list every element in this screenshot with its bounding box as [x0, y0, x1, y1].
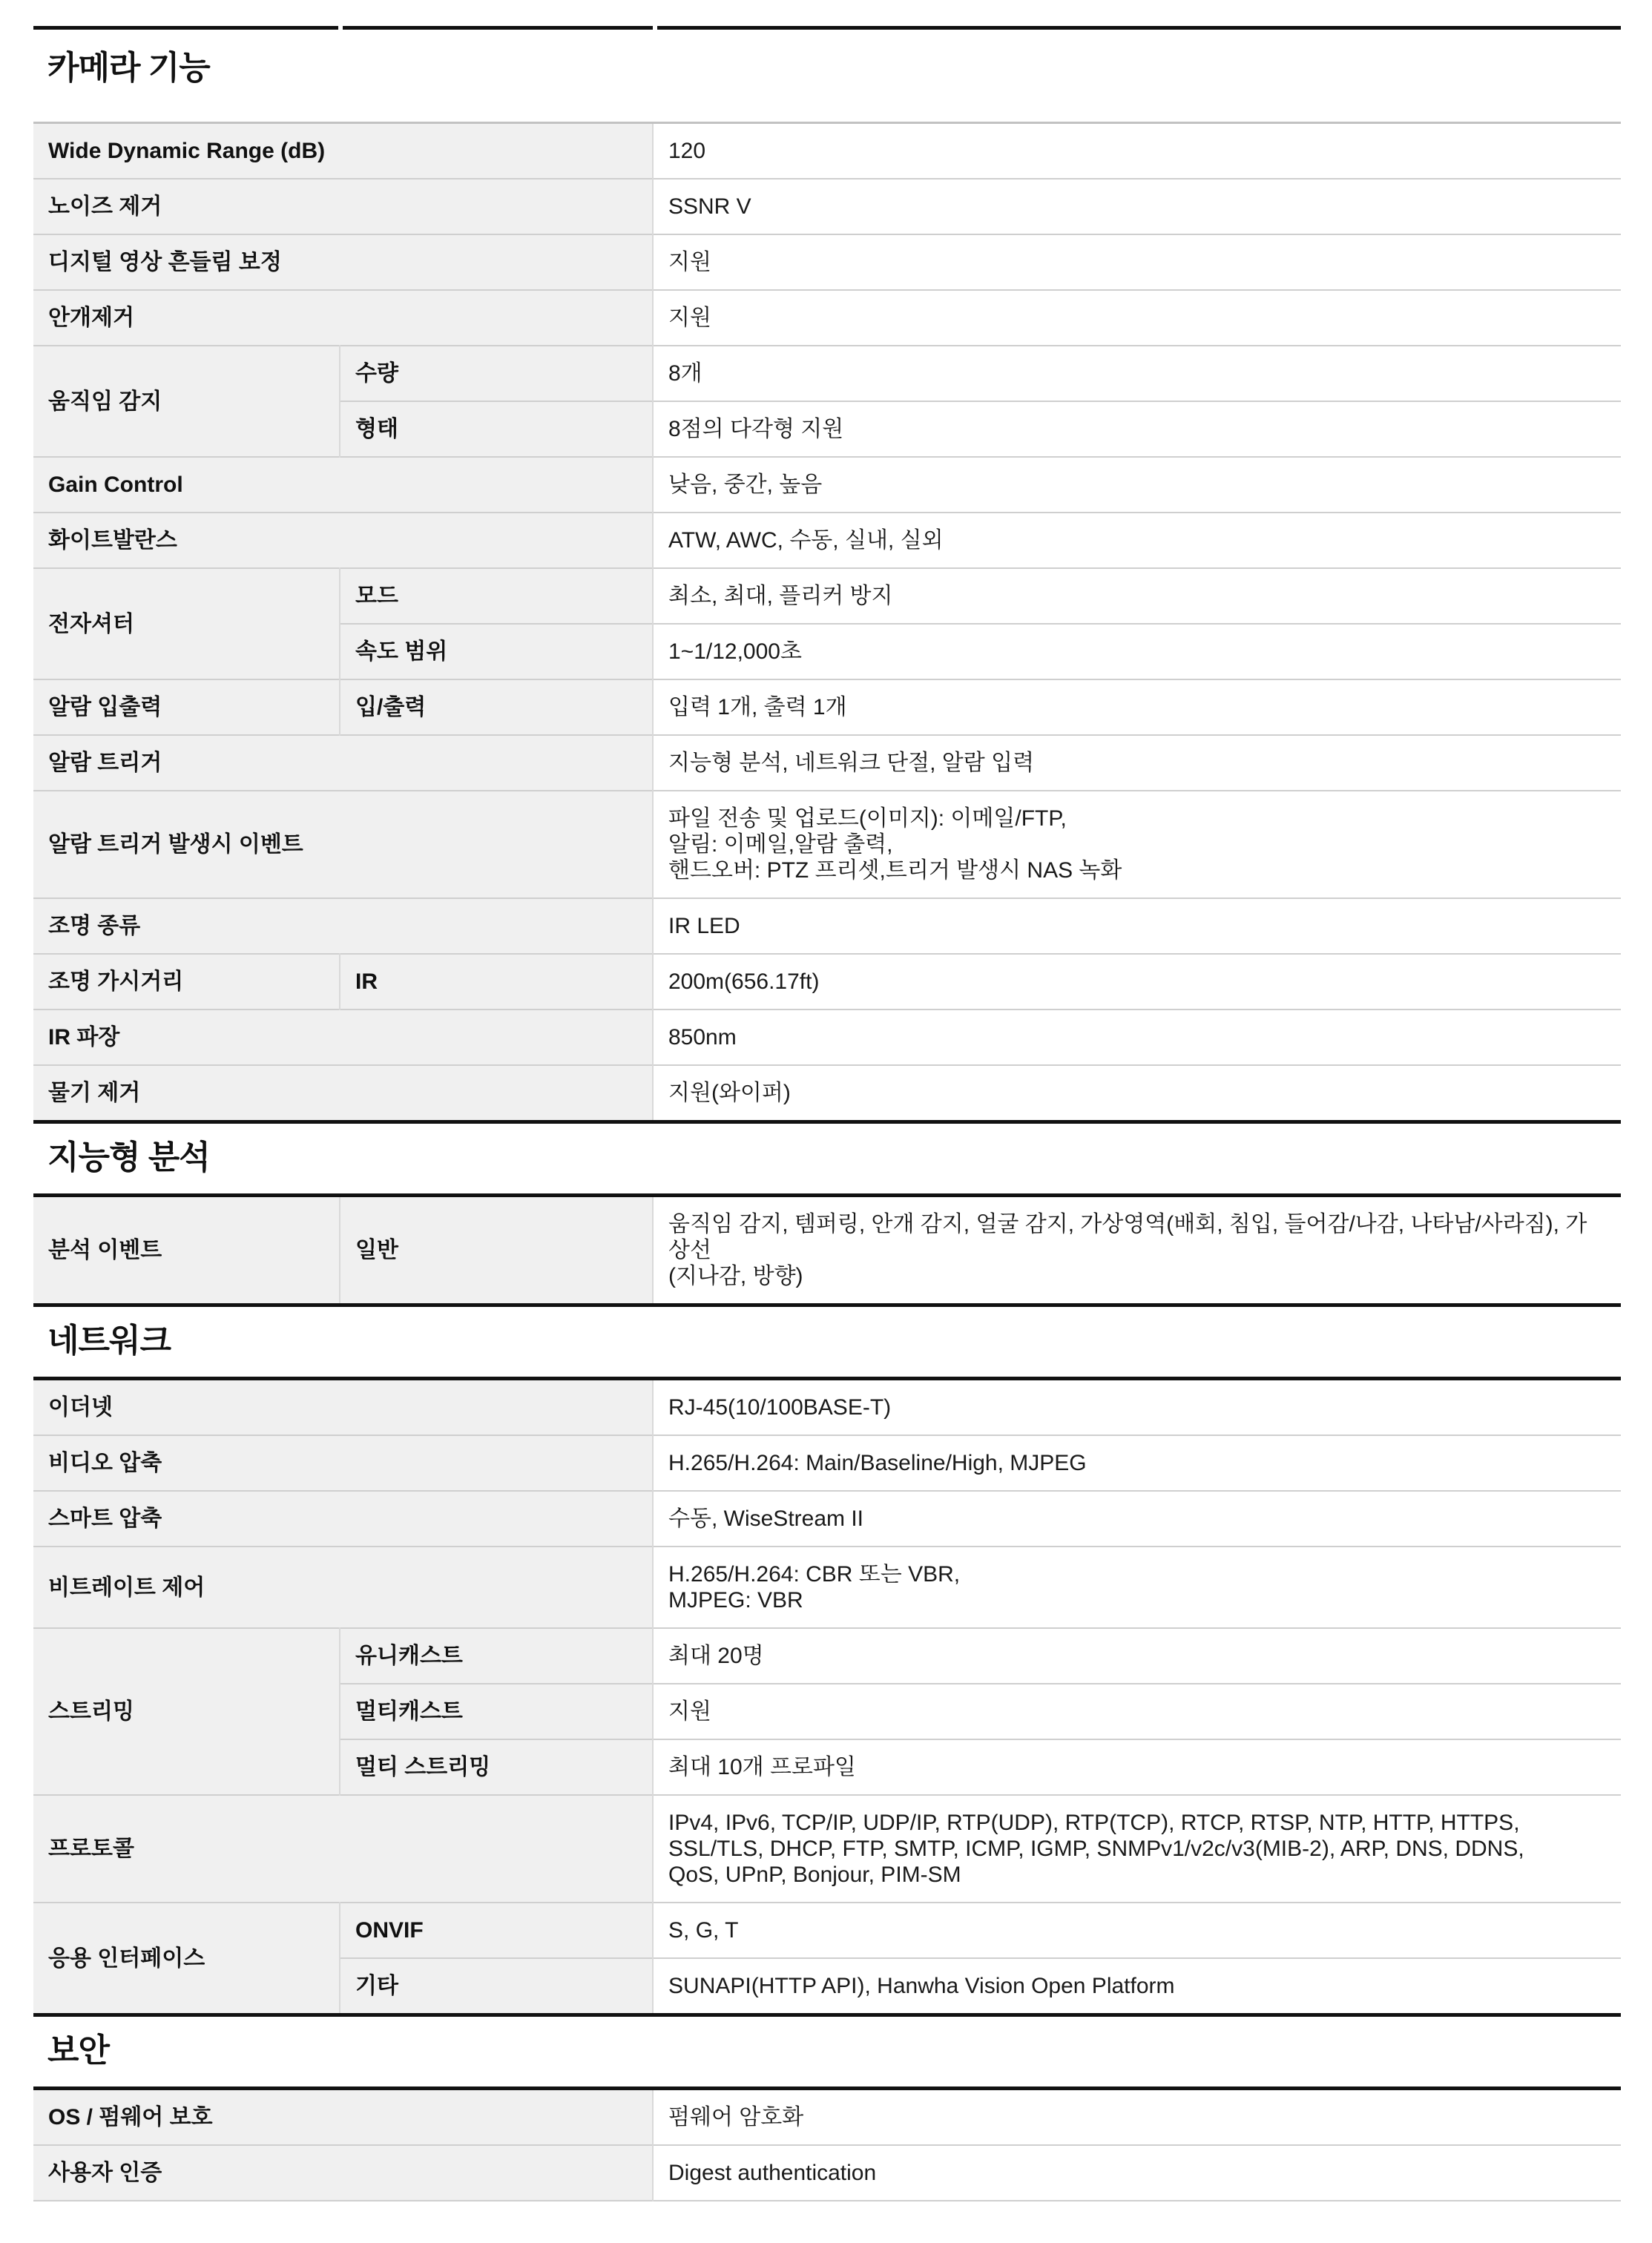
table-row: 조명 가시거리IR200m(656.17ft) — [33, 954, 1621, 1009]
spec-value: 지원 — [653, 1684, 1621, 1739]
spec-value: 1~1/12,000초 — [653, 624, 1621, 679]
section-title: 카메라 기능 — [47, 49, 1621, 88]
spec-sub-label: ONVIF — [340, 1903, 653, 1958]
spec-label: 화이트발란스 — [33, 513, 653, 568]
table-row: 이더넷RJ-45(10/100BASE-T) — [33, 1379, 1621, 1436]
spec-value: IPv4, IPv6, TCP/IP, UDP/IP, RTP(UDP), RT… — [653, 1795, 1621, 1903]
table-row: IR 파장850nm — [33, 1009, 1621, 1065]
spec-label: 알람 입출력 — [33, 679, 340, 735]
spec-value: 최대 20명 — [653, 1628, 1621, 1684]
table-row: 화이트발란스ATW, AWC, 수동, 실내, 실외 — [33, 513, 1621, 568]
spec-sub-label: IR — [340, 954, 653, 1009]
spec-value: 850nm — [653, 1009, 1621, 1065]
spec-page: 카메라 기능Wide Dynamic Range (dB)120노이즈 제거SS… — [0, 0, 1652, 2243]
table-row: 알람 입출력입/출력입력 1개, 출력 1개 — [33, 679, 1621, 735]
spec-label: 물기 제거 — [33, 1065, 653, 1122]
spec-value: 움직임 감지, 템퍼링, 안개 감지, 얼굴 감지, 가상영역(배회, 침입, … — [653, 1196, 1621, 1305]
spec-sub-label: 모드 — [340, 568, 653, 624]
table-row: 분석 이벤트일반움직임 감지, 템퍼링, 안개 감지, 얼굴 감지, 가상영역(… — [33, 1196, 1621, 1305]
spec-label: 이더넷 — [33, 1379, 653, 1436]
spec-table: OS / 펌웨어 보호펌웨어 암호화사용자 인증Digest authentic… — [33, 2086, 1621, 2201]
table-row: 비디오 압축H.265/H.264: Main/Baseline/High, M… — [33, 1435, 1621, 1491]
spec-label: 전자셔터 — [33, 568, 340, 679]
table-row: 디지털 영상 흔들림 보정지원 — [33, 234, 1621, 290]
spec-value: 8점의 다각형 지원 — [653, 401, 1621, 457]
spec-table: 이더넷RJ-45(10/100BASE-T)비디오 압축H.265/H.264:… — [33, 1377, 1621, 2017]
spec-sub-label: 수량 — [340, 346, 653, 401]
spec-label: 안개제거 — [33, 290, 653, 346]
spec-label: 비트레이트 제어 — [33, 1547, 653, 1628]
spec-value: 낮음, 중간, 높음 — [653, 457, 1621, 513]
table-row: 노이즈 제거SSNR V — [33, 179, 1621, 234]
spec-value: 200m(656.17ft) — [653, 954, 1621, 1009]
spec-label: 스트리밍 — [33, 1628, 340, 1795]
rule-segment — [33, 26, 338, 30]
spec-label: Gain Control — [33, 457, 653, 513]
spec-sub-label: 속도 범위 — [340, 624, 653, 679]
spec-label: 디지털 영상 흔들림 보정 — [33, 234, 653, 290]
spec-table: 분석 이벤트일반움직임 감지, 템퍼링, 안개 감지, 얼굴 감지, 가상영역(… — [33, 1193, 1621, 1307]
table-row: 프로토콜IPv4, IPv6, TCP/IP, UDP/IP, RTP(UDP)… — [33, 1795, 1621, 1903]
spec-value: SSNR V — [653, 179, 1621, 234]
table-row: 조명 종류IR LED — [33, 898, 1621, 954]
spec-value: 수동, WiseStream II — [653, 1491, 1621, 1547]
spec-sub-label: 멀티 스트리밍 — [340, 1739, 653, 1795]
spec-label: 알람 트리거 — [33, 735, 653, 791]
spec-value: S, G, T — [653, 1903, 1621, 1958]
spec-label: 노이즈 제거 — [33, 179, 653, 234]
spec-value: SUNAPI(HTTP API), Hanwha Vision Open Pla… — [653, 1958, 1621, 2015]
spec-section: 지능형 분석분석 이벤트일반움직임 감지, 템퍼링, 안개 감지, 얼굴 감지,… — [33, 1139, 1621, 1307]
spec-value: 지원 — [653, 290, 1621, 346]
section-title: 지능형 분석 — [47, 1139, 1621, 1177]
spec-section: 네트워크이더넷RJ-45(10/100BASE-T)비디오 압축H.265/H.… — [33, 1322, 1621, 2017]
spec-value: 8개 — [653, 346, 1621, 401]
spec-section: 보안OS / 펌웨어 보호펌웨어 암호화사용자 인증Digest authent… — [33, 2032, 1621, 2201]
spec-label: OS / 펌웨어 보호 — [33, 2089, 653, 2146]
spec-label: 조명 종류 — [33, 898, 653, 954]
spec-label: 알람 트리거 발생시 이벤트 — [33, 791, 653, 898]
spec-label: 조명 가시거리 — [33, 954, 340, 1009]
rule-segment — [657, 26, 1621, 30]
table-row: 전자셔터모드최소, 최대, 플리커 방지 — [33, 568, 1621, 624]
spec-sub-label: 형태 — [340, 401, 653, 457]
spec-value: 입력 1개, 출력 1개 — [653, 679, 1621, 735]
spec-sub-label: 입/출력 — [340, 679, 653, 735]
section-title: 네트워크 — [47, 1322, 1621, 1360]
spec-value: H.265/H.264: CBR 또는 VBR, MJPEG: VBR — [653, 1547, 1621, 1628]
spec-label: 프로토콜 — [33, 1795, 653, 1903]
table-row: 응용 인터페이스ONVIFS, G, T — [33, 1903, 1621, 1958]
table-row: Wide Dynamic Range (dB)120 — [33, 123, 1621, 179]
spec-value: 지원(와이퍼) — [653, 1065, 1621, 1122]
spec-value: H.265/H.264: Main/Baseline/High, MJPEG — [653, 1435, 1621, 1491]
spec-sub-label: 멀티캐스트 — [340, 1684, 653, 1739]
spec-document: 카메라 기능Wide Dynamic Range (dB)120노이즈 제거SS… — [33, 49, 1621, 2201]
table-row: 알람 트리거지능형 분석, 네트워크 단절, 알람 입력 — [33, 735, 1621, 791]
page-top-rule — [33, 26, 1621, 30]
spec-value: Digest authentication — [653, 2145, 1621, 2201]
spec-value: RJ-45(10/100BASE-T) — [653, 1379, 1621, 1436]
spec-value: 파일 전송 및 업로드(이미지): 이메일/FTP, 알림: 이메일,알람 출력… — [653, 791, 1621, 898]
spec-value: 지원 — [653, 234, 1621, 290]
section-title: 보안 — [47, 2032, 1621, 2070]
spec-sub-label: 일반 — [340, 1196, 653, 1305]
spec-value: 지능형 분석, 네트워크 단절, 알람 입력 — [653, 735, 1621, 791]
spec-label: 분석 이벤트 — [33, 1196, 340, 1305]
table-row: 움직임 감지수량8개 — [33, 346, 1621, 401]
spec-sub-label: 기타 — [340, 1958, 653, 2015]
table-row: 비트레이트 제어H.265/H.264: CBR 또는 VBR, MJPEG: … — [33, 1547, 1621, 1628]
spec-label: 비디오 압축 — [33, 1435, 653, 1491]
spec-label: IR 파장 — [33, 1009, 653, 1065]
table-row: 스마트 압축수동, WiseStream II — [33, 1491, 1621, 1547]
spec-value: 최대 10개 프로파일 — [653, 1739, 1621, 1795]
spec-sub-label: 유니캐스트 — [340, 1628, 653, 1684]
spec-table: Wide Dynamic Range (dB)120노이즈 제거SSNR V디지… — [33, 122, 1621, 1124]
table-row: Gain Control낮음, 중간, 높음 — [33, 457, 1621, 513]
spec-value: 120 — [653, 123, 1621, 179]
rule-segment — [343, 26, 653, 30]
spec-label: 움직임 감지 — [33, 346, 340, 457]
table-row: 사용자 인증Digest authentication — [33, 2145, 1621, 2201]
table-row: 스트리밍유니캐스트최대 20명 — [33, 1628, 1621, 1684]
spec-label: 사용자 인증 — [33, 2145, 653, 2201]
spec-section: 카메라 기능Wide Dynamic Range (dB)120노이즈 제거SS… — [33, 49, 1621, 1124]
table-row: OS / 펌웨어 보호펌웨어 암호화 — [33, 2089, 1621, 2146]
table-row: 알람 트리거 발생시 이벤트파일 전송 및 업로드(이미지): 이메일/FTP,… — [33, 791, 1621, 898]
spec-value: 펌웨어 암호화 — [653, 2089, 1621, 2146]
spec-value: 최소, 최대, 플리커 방지 — [653, 568, 1621, 624]
spec-label: 응용 인터페이스 — [33, 1903, 340, 2015]
spec-label: 스마트 압축 — [33, 1491, 653, 1547]
table-row: 물기 제거지원(와이퍼) — [33, 1065, 1621, 1122]
spec-label: Wide Dynamic Range (dB) — [33, 123, 653, 179]
spec-value: ATW, AWC, 수동, 실내, 실외 — [653, 513, 1621, 568]
spec-value: IR LED — [653, 898, 1621, 954]
table-row: 안개제거지원 — [33, 290, 1621, 346]
